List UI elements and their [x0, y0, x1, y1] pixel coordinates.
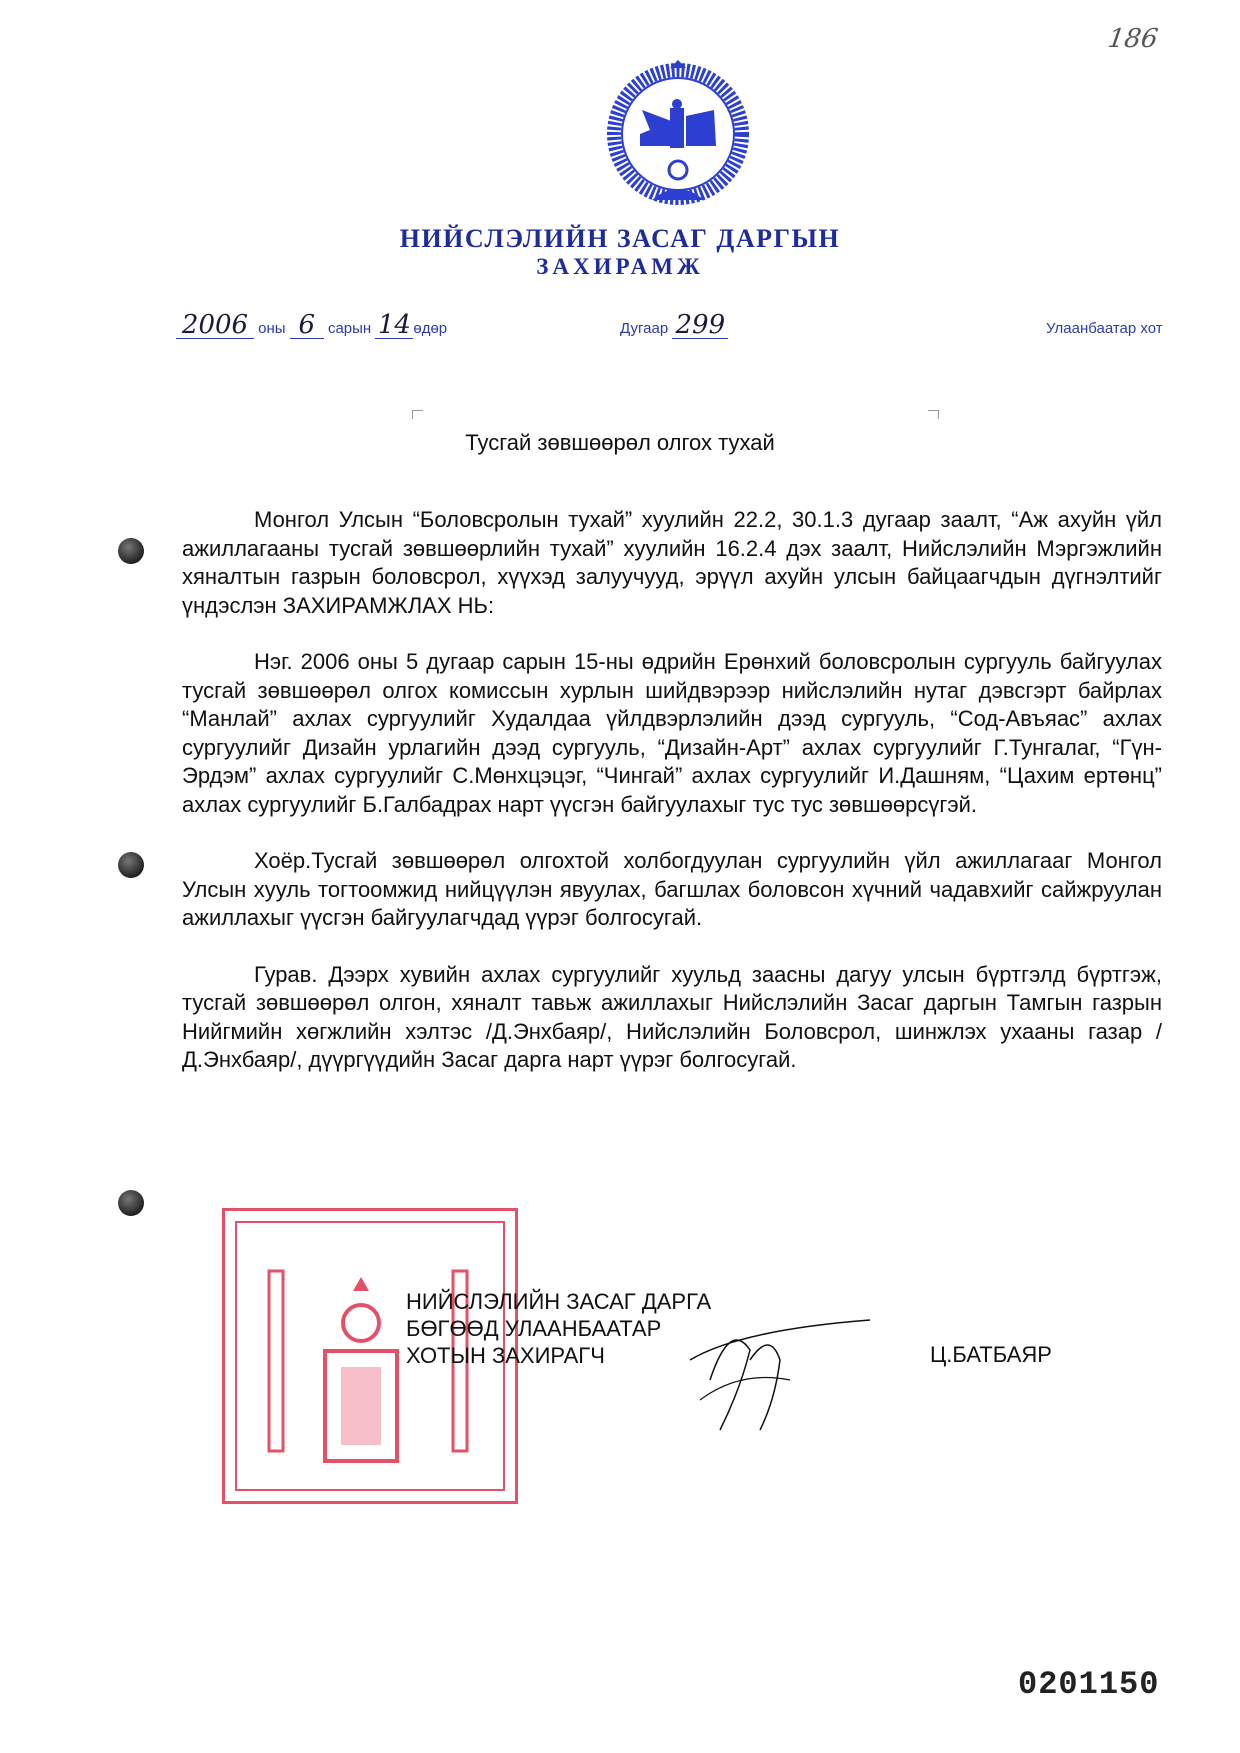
date-field: 2006 оны 6 сарын 14өдөр — [176, 312, 447, 339]
date-month: 6 — [290, 312, 324, 339]
city-label: Улаанбаатар хот — [1046, 320, 1163, 337]
signatory-title-line: ХОТЫН ЗАХИРАГЧ — [406, 1342, 711, 1369]
handwritten-signature — [680, 1300, 880, 1440]
document-serial-number: 0201150 — [1018, 1666, 1159, 1703]
state-emblem-icon — [604, 60, 752, 208]
punch-hole — [118, 538, 144, 564]
signatory-title-line: НИЙСЛЭЛИЙН ЗАСАГ ДАРГА — [406, 1288, 711, 1315]
clause-two: Хоёр.Тусгай зөвшөөрөл олгохтой холбогдуу… — [182, 847, 1162, 933]
year-label: оны — [258, 320, 285, 337]
clause-one: Нэг. 2006 оны 5 дугаар сарын 15-ны өдрий… — [182, 648, 1162, 819]
punch-hole — [118, 852, 144, 878]
number-label: Дугаар — [620, 320, 668, 337]
handwritten-page-number: 186 — [1106, 24, 1160, 54]
title-corner-mark — [412, 410, 423, 419]
month-label: сарын — [328, 320, 371, 337]
title-corner-mark — [928, 410, 939, 419]
preamble-paragraph: Монгол Улсын “Боловсролын тухай” хуулийн… — [182, 506, 1162, 620]
signatory-title: НИЙСЛЭЛИЙН ЗАСАГ ДАРГА БӨГӨӨД УЛААНБААТА… — [406, 1288, 711, 1369]
date-year: 2006 — [176, 312, 254, 339]
document-type-heading: ЗАХИРАМЖ — [0, 254, 1240, 280]
signatory-title-line: БӨГӨӨД УЛААНБААТАР — [406, 1315, 711, 1342]
issuer-heading: НИЙСЛЭЛИЙН ЗАСАГ ДАРГЫН — [0, 224, 1240, 254]
signer-name: Ц.БАТБАЯР — [930, 1342, 1052, 1368]
document-body: Монгол Улсын “Боловсролын тухай” хуулийн… — [182, 506, 1162, 1103]
clause-three: Гурав. Дээрх хувийн ахлах сургуулийг хуу… — [182, 961, 1162, 1075]
date-day: 14 — [375, 312, 413, 339]
document-title: Тусгай зөвшөөрөл олгох тухай — [0, 430, 1240, 456]
day-label: өдөр — [413, 320, 447, 337]
punch-hole — [118, 1190, 144, 1216]
document-number-field: Дугаар 299 — [620, 312, 728, 339]
document-number: 299 — [672, 312, 728, 339]
